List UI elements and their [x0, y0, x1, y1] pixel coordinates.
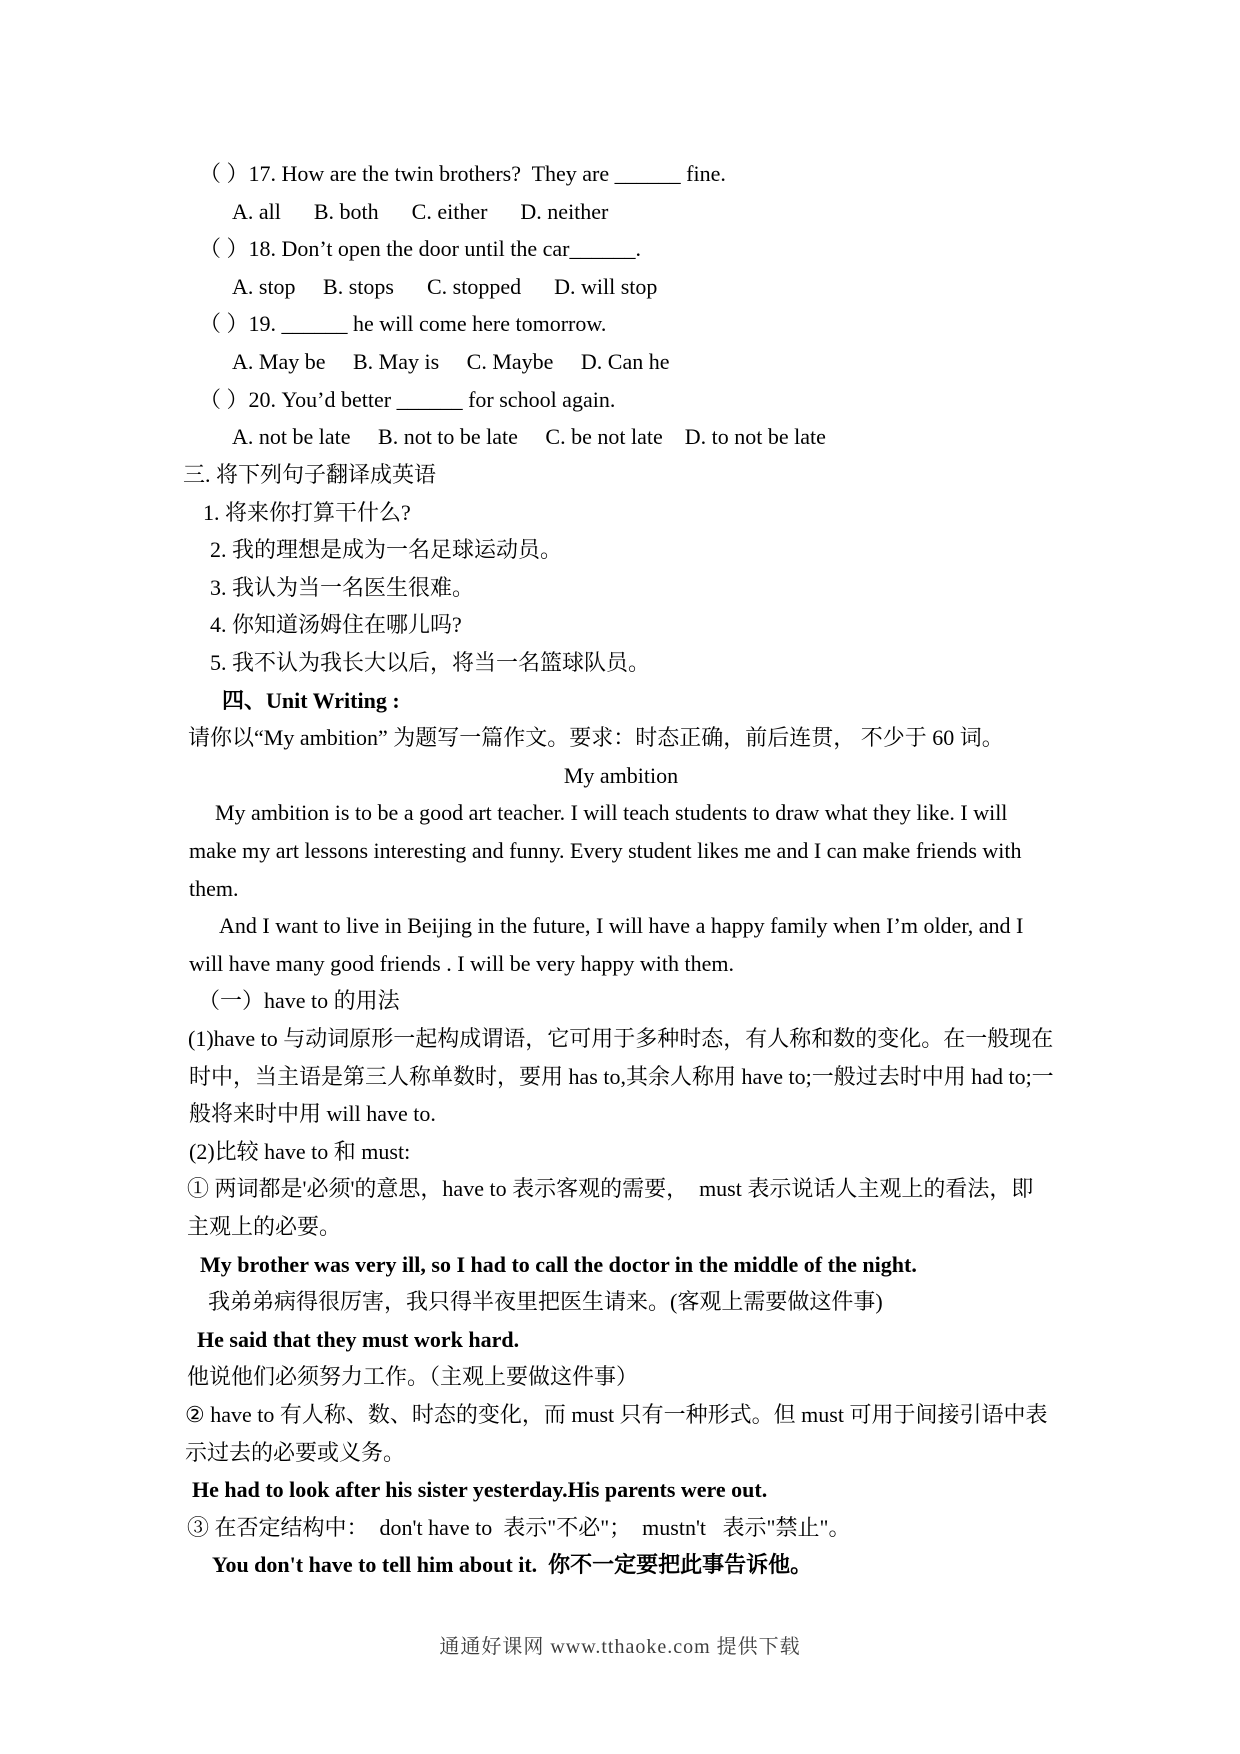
translation-item-1: 1. 将来你打算干什么?	[203, 500, 411, 526]
essay-line-2: make my art lessons interesting and funn…	[189, 838, 1022, 864]
section-3-heading: 三. 将下列句子翻译成英语	[183, 462, 436, 488]
grammar-point-2-heading: (2)比较 have to 和 must:	[189, 1139, 410, 1165]
translation-item-5: 5. 我不认为我长大以后，将当一名篮球队员。	[210, 650, 650, 676]
grammar-heading-have-to: （一）have to 的用法	[198, 988, 400, 1014]
grammar-point-1-line-3: 般将来时中用 will have to.	[189, 1101, 436, 1127]
options-18: A. stop B. stops C. stopped D. will stop	[232, 274, 657, 300]
translation-item-3: 3. 我认为当一名医生很难。	[210, 575, 474, 601]
question-19: （ ）19. ______ he will come here tomorrow…	[199, 311, 606, 337]
example-sentence-1-zh: 我弟弟病得很厉害，我只得半夜里把医生请来。(客观上需要做这件事)	[208, 1289, 883, 1315]
essay-line-3: them.	[189, 876, 239, 902]
example-sentence-2-zh: 他说他们必须努力工作。（主观上要做这件事）	[187, 1364, 638, 1390]
question-17: （ ）17. How are the twin brothers? They a…	[199, 161, 726, 187]
grammar-point-2-1-line-1: ① 两词都是'必须'的意思，have to 表示客观的需要， must 表示说话…	[187, 1176, 1033, 1202]
options-19: A. May be B. May is C. Maybe D. Can he	[232, 349, 670, 375]
translation-item-4: 4. 你知道汤姆住在哪儿吗?	[210, 612, 462, 638]
options-20: A. not be late B. not to be late C. be n…	[232, 424, 826, 450]
section-4-heading: 四、Unit Writing :	[222, 688, 400, 714]
question-20: （ ）20. You’d better ______ for school ag…	[199, 387, 615, 413]
essay-line-1: My ambition is to be a good art teacher.…	[215, 800, 1007, 826]
writing-instructions: 请你以“My ambition” 为题写一篇作文。要求：时态正确，前后连贯， 不…	[188, 725, 1004, 751]
document-page: 通通好课网 www.tthaoke.com 提供下载 （ ）17. How ar…	[0, 0, 1240, 1754]
translation-item-2: 2. 我的理想是成为一名足球运动员。	[210, 537, 562, 563]
example-sentence-1-en: My brother was very ill, so I had to cal…	[200, 1252, 917, 1278]
grammar-point-1-line-1: (1)have to 与动词原形一起构成谓语，它可用于多种时态，有人称和数的变化…	[188, 1026, 1053, 1052]
example-sentence-3-en: He had to look after his sister yesterda…	[192, 1477, 767, 1503]
grammar-point-2-2-line-1: ② have to 有人称、数、时态的变化，而 must 只有一种形式。但 mu…	[185, 1402, 1047, 1428]
example-sentence-2-en: He said that they must work hard.	[197, 1327, 519, 1353]
essay-line-5: will have many good friends . I will be …	[189, 951, 734, 977]
options-17: A. all B. both C. either D. neither	[232, 199, 608, 225]
footer-credit: 通通好课网 www.tthaoke.com 提供下载	[0, 1630, 1240, 1659]
grammar-point-2-2-line-2: 示过去的必要或义务。	[185, 1440, 405, 1466]
essay-title: My ambition	[189, 763, 1053, 789]
essay-line-4: And I want to live in Beijing in the fut…	[219, 913, 1023, 939]
question-18: （ ）18. Don’t open the door until the car…	[199, 236, 641, 262]
grammar-point-1-line-2: 时中，当主语是第三人称单数时，要用 has to,其余人称用 have to;一…	[189, 1064, 1054, 1090]
grammar-point-2-1-line-2: 主观上的必要。	[187, 1214, 341, 1240]
grammar-point-2-3: ③ 在否定结构中： don't have to 表示"不必"； mustn't …	[187, 1515, 851, 1541]
example-sentence-4: You don't have to tell him about it. 你不一…	[212, 1552, 812, 1578]
